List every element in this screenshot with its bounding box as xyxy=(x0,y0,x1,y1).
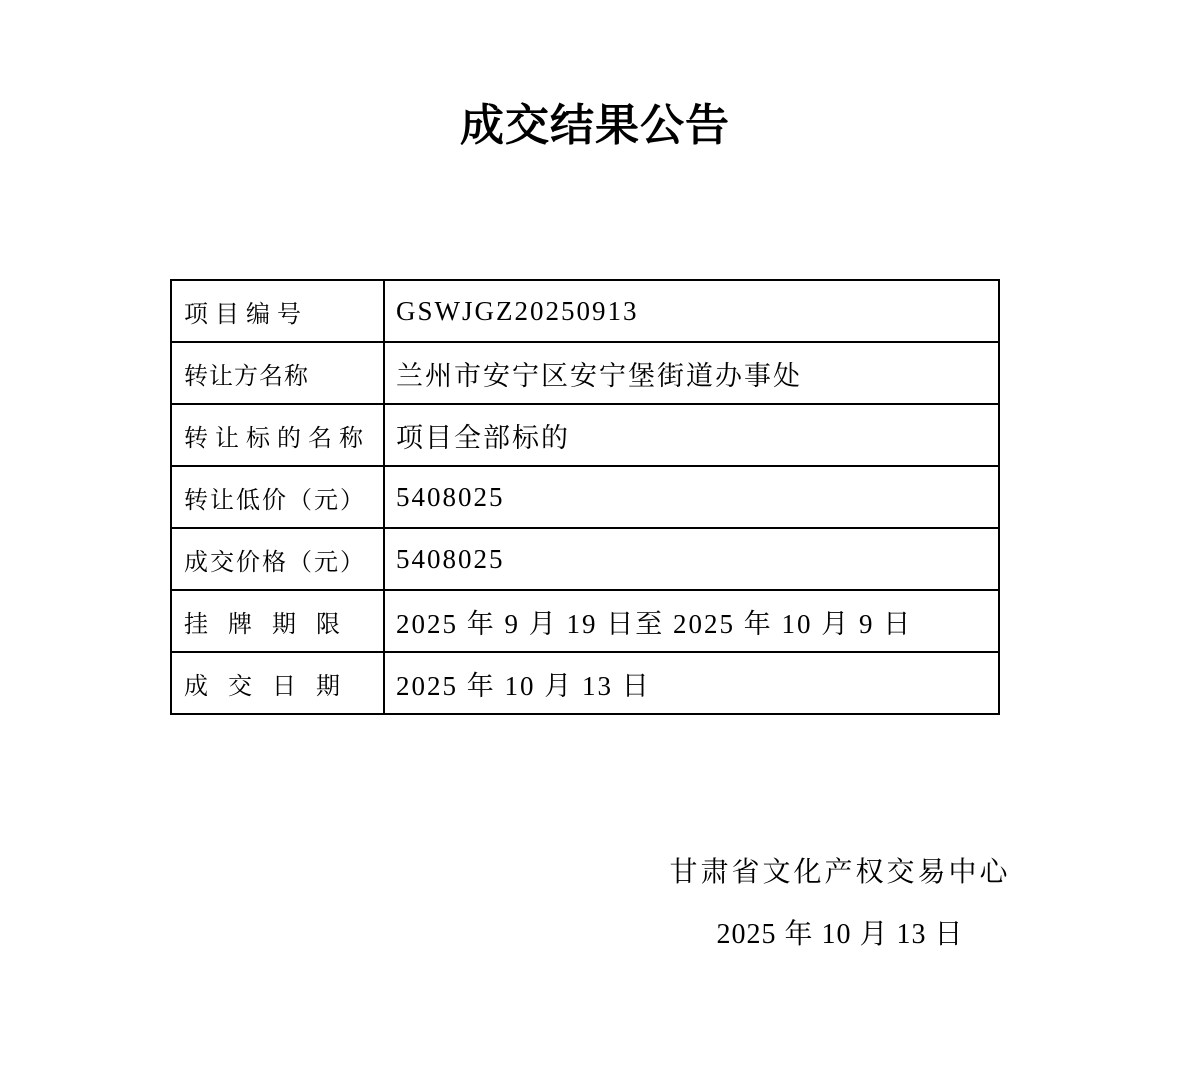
page-title: 成交结果公告 xyxy=(0,0,1190,148)
row-value-transfer-base-price: 5408025 xyxy=(384,466,999,528)
signature-organization: 甘肃省文化产权交易中心 xyxy=(630,856,1050,890)
row-label-transferor-name: 转让方名称 xyxy=(171,342,384,404)
announcement-page: 成交结果公告 项目编号 GSWJGZ20250913 转让方名称 兰州市安宁区安… xyxy=(0,0,1190,1068)
row-value-listing-period: 2025 年 9 月 19 日至 2025 年 10 月 9 日 xyxy=(384,590,999,652)
result-table: 项目编号 GSWJGZ20250913 转让方名称 兰州市安宁区安宁堡街道办事处… xyxy=(170,279,1000,715)
row-value-deal-price: 5408025 xyxy=(384,528,999,590)
row-label-subject-name: 转让标的名称 xyxy=(171,404,384,466)
signature-date: 2025 年 10 月 13 日 xyxy=(630,918,1050,952)
signature-block: 甘肃省文化产权交易中心 2025 年 10 月 13 日 xyxy=(630,856,1050,952)
row-value-subject-name: 项目全部标的 xyxy=(384,404,999,466)
row-value-deal-date: 2025 年 10 月 13 日 xyxy=(384,652,999,714)
row-label-transfer-base-price: 转让低价（元） xyxy=(171,466,384,528)
table-row: 转让低价（元） 5408025 xyxy=(171,466,999,528)
row-label-deal-date: 成交日期 xyxy=(171,652,384,714)
table-row: 挂牌期限 2025 年 9 月 19 日至 2025 年 10 月 9 日 xyxy=(171,590,999,652)
row-value-project-number: GSWJGZ20250913 xyxy=(384,280,999,342)
row-label-deal-price: 成交价格（元） xyxy=(171,528,384,590)
row-label-listing-period: 挂牌期限 xyxy=(171,590,384,652)
table-row: 成交价格（元） 5408025 xyxy=(171,528,999,590)
table-row: 转让方名称 兰州市安宁区安宁堡街道办事处 xyxy=(171,342,999,404)
table-row: 成交日期 2025 年 10 月 13 日 xyxy=(171,652,999,714)
row-value-transferor-name: 兰州市安宁区安宁堡街道办事处 xyxy=(384,342,999,404)
row-label-project-number: 项目编号 xyxy=(171,280,384,342)
table-row: 转让标的名称 项目全部标的 xyxy=(171,404,999,466)
table-row: 项目编号 GSWJGZ20250913 xyxy=(171,280,999,342)
